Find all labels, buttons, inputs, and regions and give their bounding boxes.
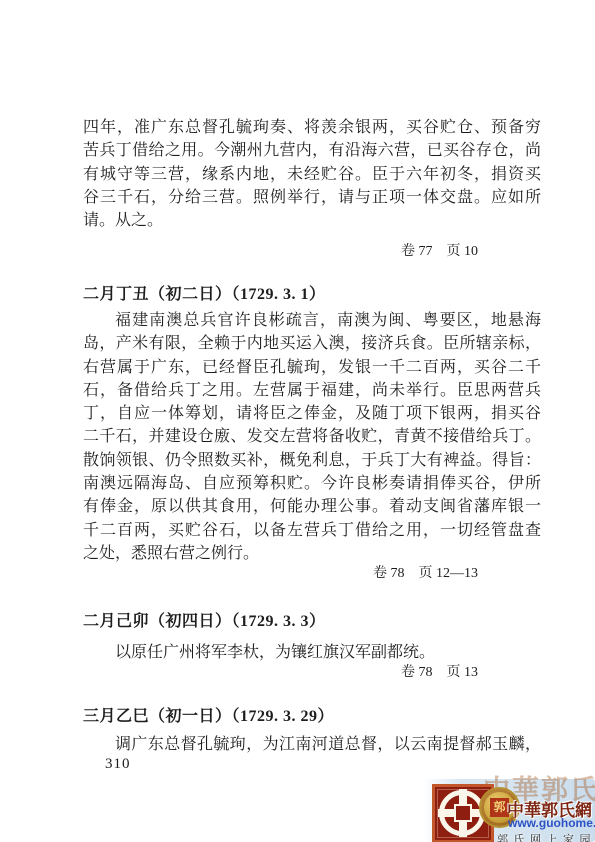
entry-paragraph: 以原任广州将军李杕，为镶红旗汉军副都统。	[83, 641, 541, 664]
volume-page-citation: 卷 78 页 12—13	[373, 566, 478, 582]
text-line: 福建南澳总兵官许良彬疏言，南澳为闽、粤要区，地悬海	[83, 309, 541, 332]
text-line: 丁，自应一体筹划，请将臣之俸金，及随丁项下银两，捐买谷	[83, 402, 541, 425]
text-line: 有俸金，原以供其食用，何能办理公事。着动支闽省藩库银一	[83, 495, 541, 518]
entry-paragraph: 调广东总督孔毓珣，为江南河道总督，以云南提督郝玉麟，	[83, 733, 541, 756]
entry-heading: 二月己卯（初四日）（1729. 3. 3）	[83, 612, 541, 632]
text-line: 谷三千石，分给三营。照例举行，请与正项一体交盘。应如所	[83, 186, 541, 209]
text-line: 南澳远隔海岛、自应预筹积贮。今许良彬奏请捐俸买谷，伊所	[83, 472, 541, 495]
text-line: 四年，准广东总督孔毓珣奏、将羡余银两，买谷贮仓、预备穷	[83, 116, 541, 139]
text-line: 石，备借给兵丁之用。左营属于福建，尚未举行。臣思两营兵	[83, 379, 541, 402]
entry-heading: 二月丁丑（初二日）（1729. 3. 1）	[83, 285, 541, 305]
text-line: 右营属于广东，已经督臣孔毓珣，发银一千二百两，买谷二千	[83, 356, 541, 379]
watermark: 中華郭氏網 郭 中華郭氏網 www.guohome.org 郭氏网上家园	[417, 770, 595, 842]
text-line: 散饷领银、仍令照数买补，概免利息，于兵丁大有裨益。得旨：	[83, 449, 541, 472]
scanned-book-page: 四年，准广东总督孔毓珣奏、将羡余银两，买谷贮仓、预备穷 苦兵丁借给之用。今潮州九…	[0, 0, 595, 842]
volume-page-citation: 卷 78 页 13	[401, 665, 478, 681]
entry-paragraph: 福建南澳总兵官许良彬疏言，南澳为闽、粤要区，地悬海 岛，产米有限，全赖于内地买运…	[83, 309, 541, 565]
text-line: 苦兵丁借给之用。今潮州九营内，有沿海六营，已买谷存仓，尚	[83, 139, 541, 162]
volume-page-citation: 卷 77 页 10	[401, 244, 478, 260]
seal-center-square	[454, 804, 472, 822]
text-line: 二千石，并建设仓廒、发交左营将备收贮，青黄不接借给兵丁。	[83, 425, 541, 448]
text-line: 之处，悉照右营之例行。	[83, 542, 541, 565]
watermark-slogan: 郭氏网上家园	[497, 831, 595, 842]
text-line: 请。从之。	[83, 209, 541, 232]
text-line: 调广东总督孔毓珣，为江南河道总督，以云南提督郝玉麟，	[83, 733, 541, 756]
text-line: 以原任广州将军李杕，为镶红旗汉军副都统。	[83, 641, 541, 664]
text-line: 岛，产米有限，全赖于内地买运入澳，接济兵食。臣所辖亲标，	[83, 332, 541, 355]
text-line: 有城守等三营，缘系内地，未经贮谷。臣于六年初冬，捐资买	[83, 163, 541, 186]
opening-paragraph: 四年，准广东总督孔毓珣奏、将羡余银两，买谷贮仓、预备穷 苦兵丁借给之用。今潮州九…	[83, 116, 541, 232]
entry-heading: 三月乙巳（初一日）（1729. 3. 29）	[83, 707, 541, 727]
folio-page-number: 310	[105, 756, 131, 773]
text-line: 千二百两，买贮谷石，以备左营兵丁借给之用，一切经管盘查	[83, 519, 541, 542]
watermark-site-url: www.guohome.org	[508, 816, 595, 830]
